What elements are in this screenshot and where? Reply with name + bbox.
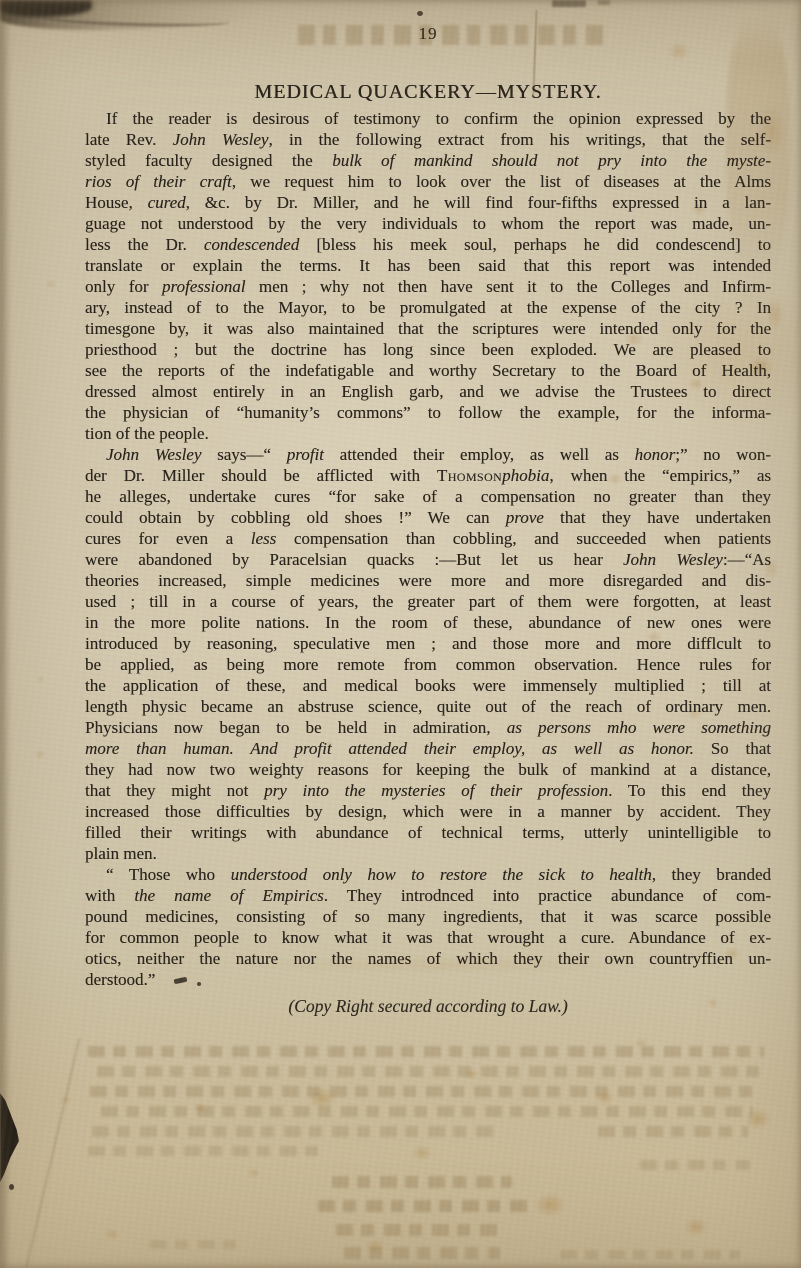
text-segment: phobia [502, 466, 549, 485]
text-line: cures for even a less compensation than … [85, 528, 771, 549]
text-segment: understood only how to restore the sick … [231, 865, 652, 884]
text-line: late Rev. John Wesley, in the following … [85, 129, 771, 150]
text-segment: So that [694, 739, 771, 758]
foxing-stain [246, 1166, 262, 1180]
text-line: pound medicines, consisting of so many i… [85, 906, 771, 927]
text-segment: with [85, 886, 134, 905]
text-segment: plain men. [85, 844, 157, 863]
text-segment: introduced by reasoning, speculative men… [85, 634, 771, 653]
text-segment: be applied, as being more remote from co… [85, 655, 771, 674]
show-through-text [344, 1247, 500, 1259]
top-edge-mark [552, 0, 586, 7]
text-segment: he alleges, undertake cures “for sake of… [85, 487, 771, 506]
text-line: John Wesley says—“ profit attended their… [85, 444, 771, 465]
foxing-stain [632, 1036, 650, 1050]
ink-speck [417, 11, 423, 16]
show-through-text [560, 1250, 740, 1259]
text-segment: attended their employ, as well as [324, 445, 635, 464]
show-through-text [90, 1086, 760, 1097]
text-line: in the more polite nations. In the room … [85, 612, 771, 633]
copyright-line: (Copy Right secured according to Law.) [85, 996, 771, 1017]
text-line: introduced by reasoning, speculative men… [85, 633, 771, 654]
show-through-text [598, 1126, 748, 1137]
text-line: used ; till in a course of years, the gr… [85, 591, 771, 612]
text-line: less the Dr. condescended [bless his mee… [85, 234, 771, 255]
text-segment: John Wesley [173, 130, 269, 149]
text-line: see the reports of the indefatigable and… [85, 360, 771, 381]
text-line: tion of the people. [85, 423, 771, 444]
text-segment: that they might not [85, 781, 264, 800]
text-segment: in the more polite nations. In the room … [85, 613, 771, 632]
text-segment: Physicians now began to be held in admir… [85, 718, 507, 737]
show-through-text [640, 1160, 750, 1170]
page-number: 19 [85, 24, 771, 44]
text-line: that they might not pry into the mysteri… [85, 780, 771, 801]
text-segment: tion of the people. [85, 424, 209, 443]
text-segment: used ; till in a course of years, the gr… [85, 592, 771, 611]
foxing-stain [592, 1088, 618, 1108]
text-segment: less [251, 529, 277, 548]
text-line: Physicians now began to be held in admir… [85, 717, 771, 738]
text-segment: theories increased, simple medicines wer… [85, 571, 771, 590]
text-segment: the physician of “humanity’s commons” to… [85, 403, 771, 422]
text-segment: more than human. And profit attended the… [85, 739, 694, 758]
show-through-text [318, 1200, 530, 1212]
show-through-text [97, 1066, 759, 1077]
text-segment: otics, neither the nature nor the names … [85, 949, 771, 968]
text-segment: dressed almost entirely in an English ga… [85, 382, 771, 401]
text-segment: Thomson [437, 466, 502, 485]
text-segment: pound medicines, consisting of so many i… [85, 907, 771, 926]
show-through-text [332, 1176, 512, 1188]
text-segment: professional [162, 277, 245, 296]
text-line: rios of their craft, we request him to l… [85, 171, 771, 192]
text-line: the physician of “humanity’s commons” to… [85, 402, 771, 423]
text-segment: John Wesley [623, 550, 723, 569]
text-segment: der Dr. Miller should be afflicted with [85, 466, 437, 485]
text-line: House, cured, &c. by Dr. Miller, and he … [85, 192, 771, 213]
body-text: If the reader is desirous of testimony t… [85, 108, 771, 990]
text-segment: could obtain by cobbling old shoes !” We… [85, 508, 506, 527]
text-segment: derstood.” [85, 970, 155, 989]
text-line: the application of these, and medical bo… [85, 675, 771, 696]
text-segment: translate or explain the terms. It has b… [85, 256, 771, 275]
text-segment: the application of these, and medical bo… [85, 676, 771, 695]
text-segment: honor [635, 445, 676, 464]
text-segment: that they have undertaken [544, 508, 771, 527]
text-line: could obtain by cobbling old shoes !” We… [85, 507, 771, 528]
page-left-edge-shadow [0, 0, 11, 1268]
torn-edge-speck [9, 1184, 14, 1190]
foxing-stain [680, 1214, 712, 1240]
foxing-stain [34, 674, 47, 685]
text-line: be applied, as being more remote from co… [85, 654, 771, 675]
text-segment: :—“As [723, 550, 771, 569]
foxing-stain [528, 1188, 572, 1222]
text-segment: guage not understood by the very individ… [85, 214, 771, 233]
text-segment: as persons mho were something [507, 718, 771, 737]
text-line: they had now two weighty reasons for kee… [85, 759, 771, 780]
text-line: plain men. [85, 843, 771, 864]
text-segment: , when the “empirics,” as [549, 466, 771, 485]
text-segment: they had now two weighty reasons for kee… [85, 760, 771, 779]
text-segment: styled faculty designed the [85, 151, 332, 170]
text-segment: condescended [204, 235, 299, 254]
text-segment: less the Dr. [85, 235, 204, 254]
text-segment: late Rev. [85, 130, 173, 149]
show-through-text [92, 1126, 500, 1137]
text-segment: cured [148, 193, 186, 212]
text-line: guage not understood by the very individ… [85, 213, 771, 234]
text-segment: , &c. by Dr. Miller, and he will find fo… [186, 193, 771, 212]
text-segment: see the reports of the indefatigable and… [85, 361, 771, 380]
foxing-stain [190, 1100, 210, 1116]
show-through-text [101, 1106, 753, 1117]
text-line: only for professional men ; why not then… [85, 276, 771, 297]
text-line: If the reader is desirous of testimony t… [85, 108, 771, 129]
text-line: styled faculty designed the bulk of mank… [85, 150, 771, 171]
text-segment: for common people to know what it was th… [85, 928, 771, 947]
text-segment: filled their writings with abundance of … [85, 823, 771, 842]
text-line: more than human. And profit attended the… [85, 738, 771, 759]
text-line: length physic became an abstruse science… [85, 696, 771, 717]
page-heading: MEDICAL QUACKERY—MYSTERY. [85, 81, 771, 104]
text-segment: the name of Empirics [134, 886, 323, 905]
text-segment: were abandoned by Paracelsian quacks :—B… [85, 550, 623, 569]
text-line: translate or explain the terms. It has b… [85, 255, 771, 276]
show-through-text [150, 1240, 240, 1249]
foxing-stain [362, 1236, 388, 1256]
text-segment: says—“ [201, 445, 286, 464]
foxing-stain [462, 1066, 482, 1082]
foxing-stain [44, 278, 58, 290]
text-line: with the name of Empirics. They introdnc… [85, 885, 771, 906]
text-segment: prove [506, 508, 544, 527]
text-line: increased those difficulties by design, … [85, 801, 771, 822]
text-segment: ;” no won- [675, 445, 771, 464]
text-line: derstood.” [85, 969, 771, 990]
paper-crease [26, 1038, 81, 1267]
text-line: were abandoned by Paracelsian quacks :—B… [85, 549, 771, 570]
text-line: otics, neither the nature nor the names … [85, 948, 771, 969]
text-line: “ Those who understood only how to resto… [85, 864, 771, 885]
text-line: der Dr. Miller should be afflicted with … [85, 465, 771, 486]
text-segment: profit [287, 445, 324, 464]
show-through-text [88, 1146, 318, 1156]
text-segment: If the reader is desirous of testimony t… [106, 109, 771, 128]
text-segment: men ; why not then have sent it to the C… [245, 277, 771, 296]
text-segment: length physic became an abstruse science… [85, 697, 771, 716]
text-segment: compensation than cobbling, and succeede… [276, 529, 771, 548]
text-segment: [bless his meek soul, perhaps he did con… [299, 235, 771, 254]
text-segment: , in the following extract from his writ… [268, 130, 771, 149]
book-page: 19 MEDICAL QUACKERY—MYSTERY. If the read… [0, 0, 801, 1268]
text-segment: priesthood ; but the doctrine has long s… [85, 340, 771, 359]
text-line: filled their writings with abundance of … [85, 822, 771, 843]
ink-blot [197, 982, 201, 986]
text-segment: . To this end they [608, 781, 771, 800]
text-segment: House, [85, 193, 148, 212]
text-line: priesthood ; but the doctrine has long s… [85, 339, 771, 360]
text-segment: rios of their craft [85, 172, 232, 191]
text-segment: cures for even a [85, 529, 251, 548]
top-edge-mark [598, 0, 610, 5]
text-segment: pry into the mysteries of their professi… [264, 781, 608, 800]
text-line: dressed almost entirely in an English ga… [85, 381, 771, 402]
text-segment: only for [85, 277, 162, 296]
text-line: for common people to know what it was th… [85, 927, 771, 948]
foxing-stain [102, 1226, 122, 1242]
text-line: he alleges, undertake cures “for sake of… [85, 486, 771, 507]
text-segment: timesgone by, it was also maintained tha… [85, 319, 771, 338]
text-segment: “ Those who [106, 865, 231, 884]
foxing-stain [740, 1104, 776, 1134]
text-segment: , they branded [652, 865, 771, 884]
text-segment: . They introdnced into practice abundanc… [324, 886, 771, 905]
foxing-stain [302, 1082, 342, 1114]
text-segment: ary, instead of to the Mayor, to be prom… [85, 298, 771, 317]
text-segment: , we request him to look over the list o… [232, 172, 771, 191]
text-segment: bulk of mankind should not pry into the … [332, 151, 771, 170]
text-line: theories increased, simple medicines wer… [85, 570, 771, 591]
text-segment: John Wesley [106, 445, 201, 464]
text-segment: increased those difficulties by design, … [85, 802, 771, 821]
text-line: timesgone by, it was also maintained tha… [85, 318, 771, 339]
show-through-text [88, 1046, 764, 1057]
foxing-stain [408, 1142, 436, 1164]
text-line: ary, instead of to the Mayor, to be prom… [85, 297, 771, 318]
foxing-stain [32, 748, 48, 761]
show-through-text [336, 1224, 502, 1236]
